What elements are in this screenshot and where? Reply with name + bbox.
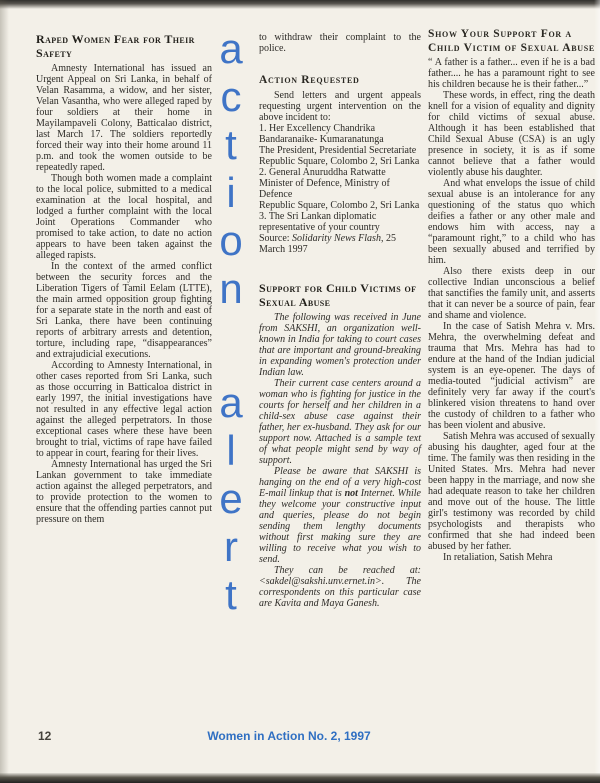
paragraph-continuation: to withdraw their complaint to the polic… bbox=[259, 32, 421, 54]
banner-word-action: a c t i o n bbox=[204, 26, 258, 314]
heading-action-requested: Action Requested bbox=[259, 74, 421, 88]
paragraph: Send letters and urgent appeals requesti… bbox=[259, 90, 421, 123]
source-line: Source: Solidarity News Flash, 25 March … bbox=[259, 233, 421, 255]
top-scan-edge bbox=[0, 0, 600, 9]
banner-letter: n bbox=[204, 266, 258, 314]
paragraph: According to Amnesty International, in o… bbox=[36, 360, 212, 459]
paragraph: Amnesty International has urged the Sri … bbox=[36, 459, 212, 525]
heading-show-your-support: Show Your Support For a Child Victim of … bbox=[428, 28, 595, 55]
left-scan-edge bbox=[0, 0, 9, 783]
banner-letter: c bbox=[204, 74, 258, 122]
heading-raped-women: Raped Women Fear for Their Safety bbox=[36, 32, 212, 60]
address-line: Republic Square, Colombo 2, Sri Lanka bbox=[259, 156, 421, 167]
pull-quote: “ A father is a father... even if he is … bbox=[428, 57, 595, 90]
right-column: Show Your Support For a Child Victim of … bbox=[428, 28, 595, 563]
magazine-page: Raped Women Fear for Their Safety Amnest… bbox=[0, 0, 600, 783]
footer-journal-title: Women in Action No. 2, 1997 bbox=[0, 729, 578, 743]
banner-letter: t bbox=[204, 572, 258, 620]
banner-letter: i bbox=[204, 170, 258, 218]
vertical-action-alert-banner: a c t i o n a l e r t bbox=[204, 26, 258, 620]
address-line: 1. Her Excellency Chandrika Bandaranaike… bbox=[259, 123, 421, 145]
left-column: Raped Women Fear for Their Safety Amnest… bbox=[36, 32, 212, 525]
banner-letter: l bbox=[204, 428, 258, 476]
paragraph: In retaliation, Satish Mehra bbox=[428, 552, 595, 563]
paragraph-contact: They can be reached at: <sakdel@sakshi.u… bbox=[259, 565, 421, 609]
banner-letter: r bbox=[204, 524, 258, 572]
heading-support-child-victims: Support for Child Victims of Sexual Abus… bbox=[259, 281, 421, 309]
paragraph: Also there exists deep in our collective… bbox=[428, 266, 595, 321]
paragraph-text: Internet. While they welcome your constr… bbox=[259, 488, 421, 565]
paragraph: In the context of the armed conflict bet… bbox=[36, 261, 212, 360]
source-publication: Solidarity News Flash bbox=[292, 233, 381, 244]
banner-letter: a bbox=[204, 26, 258, 74]
source-label: Source: bbox=[259, 233, 292, 244]
banner-letter: e bbox=[204, 476, 258, 524]
banner-letter: a bbox=[204, 380, 258, 428]
paragraph: These words, in effect, ring the death k… bbox=[428, 90, 595, 178]
address-line: The President, Presidential Secretariate bbox=[259, 145, 421, 156]
paragraph: Please be aware that SAKSHI is hanging o… bbox=[259, 466, 421, 565]
address-line: Republic Square, Colombo 2, Sri Lanka bbox=[259, 200, 421, 211]
paragraph: Satish Mehra was accused of sexually abu… bbox=[428, 431, 595, 552]
paragraph: In the case of Satish Mehra v. Mrs. Mehr… bbox=[428, 321, 595, 431]
paragraph: Their current case centers around a woma… bbox=[259, 378, 421, 466]
paragraph: The following was received in June from … bbox=[259, 312, 421, 378]
address-line: 2. General Anuruddha Ratwatte bbox=[259, 167, 421, 178]
banner-letter: o bbox=[204, 218, 258, 266]
address-line: Minister of Defence, Ministry of Defence bbox=[259, 178, 421, 200]
banner-letter: t bbox=[204, 122, 258, 170]
middle-column: to withdraw their complaint to the polic… bbox=[259, 32, 421, 609]
address-line: 3. The Sri Lankan diplomatic representat… bbox=[259, 211, 421, 233]
banner-word-alert: a l e r t bbox=[204, 380, 258, 620]
paragraph: And what envelops the issue of child sex… bbox=[428, 178, 595, 266]
bottom-scan-bar bbox=[0, 773, 600, 783]
paragraph: Amnesty International has issued an Urge… bbox=[36, 63, 212, 173]
emphasis-not: not bbox=[345, 488, 358, 499]
paragraph: Though both women made a complaint to th… bbox=[36, 173, 212, 261]
